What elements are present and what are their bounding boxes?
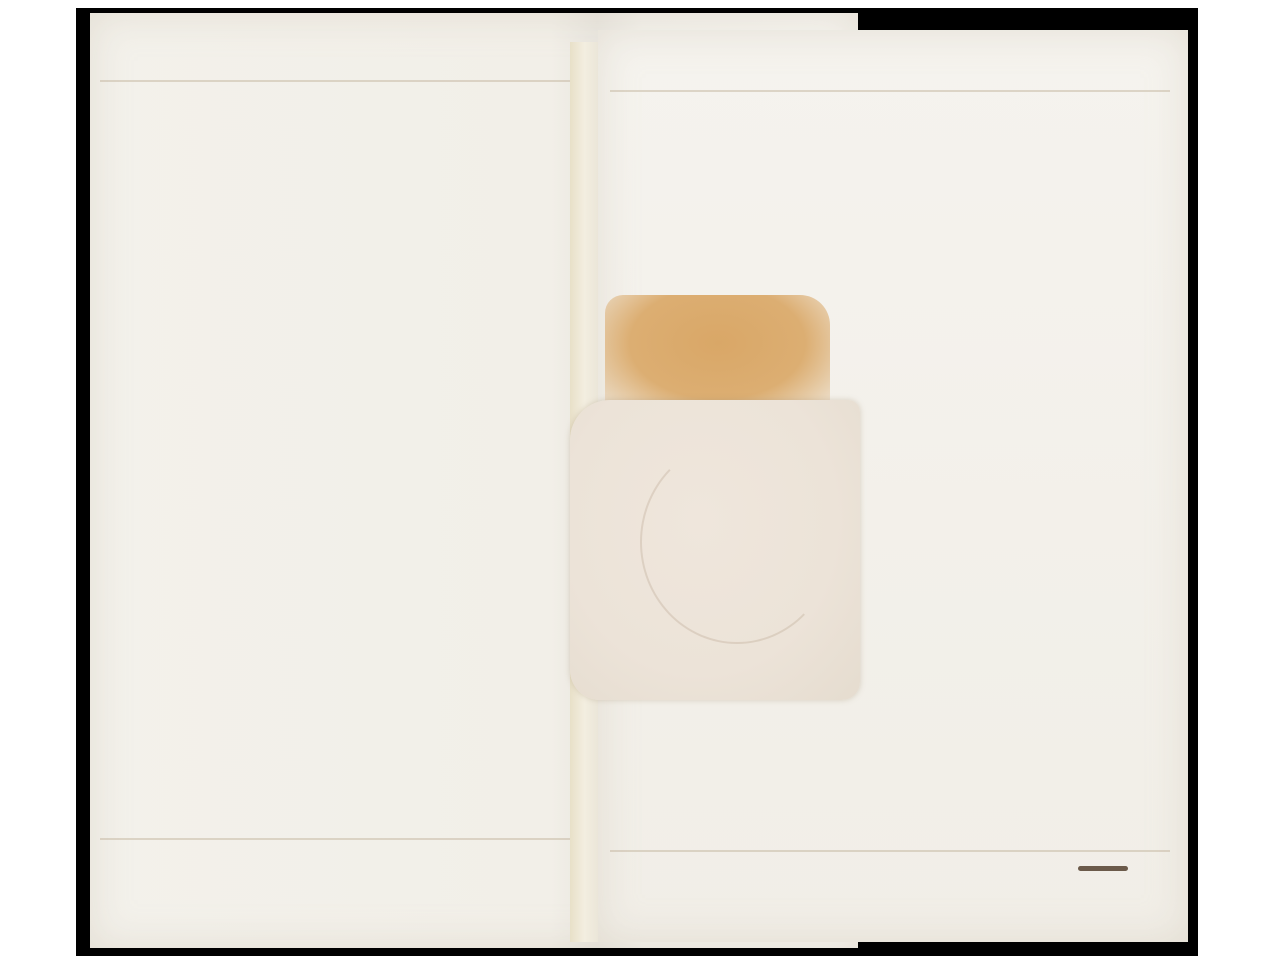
fold-crease-top-right (610, 90, 1170, 92)
fold-crease-bottom-left (100, 838, 580, 840)
seal-impression-ring (640, 440, 834, 644)
fold-crease-top-left (100, 80, 580, 82)
fold-crease-bottom-right (610, 850, 1170, 852)
photo-canvas (0, 0, 1276, 956)
wax-seal-stain (605, 295, 830, 415)
ink-mark (1078, 866, 1128, 871)
